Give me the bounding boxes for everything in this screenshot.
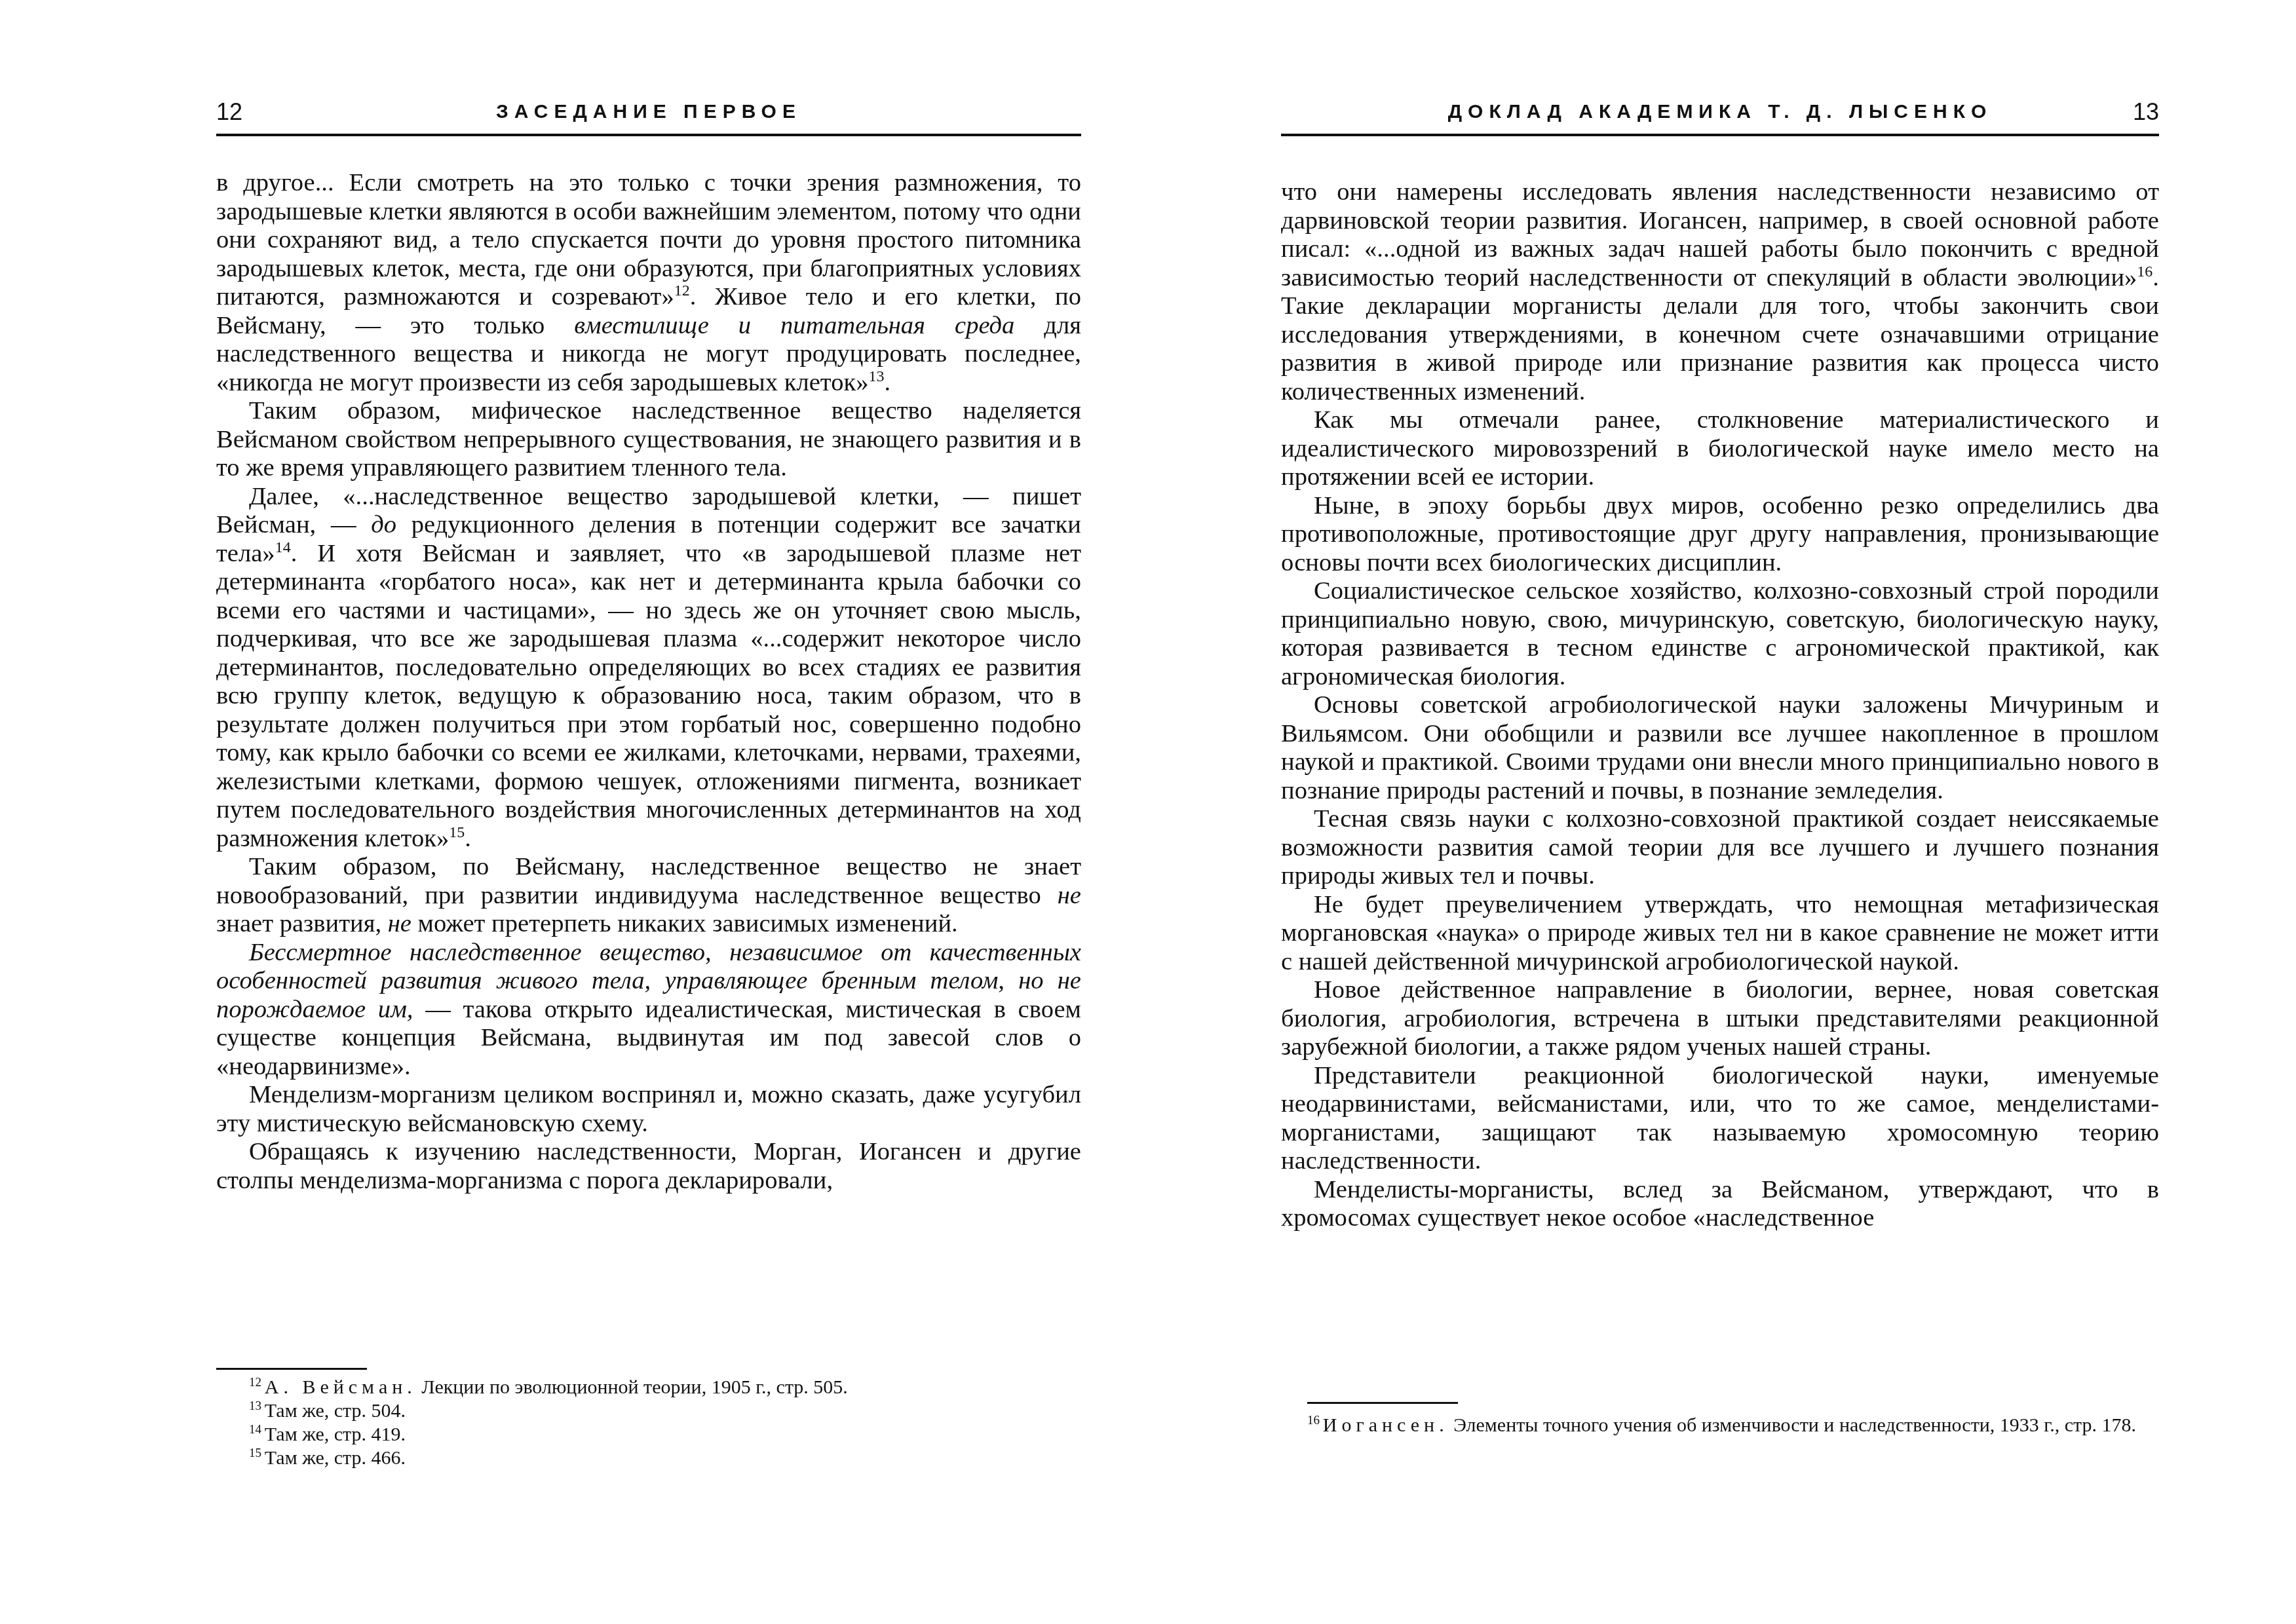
paragraph: Таким образом, по Вейсману, наследственн… [216, 853, 1081, 939]
header-rule [216, 134, 1081, 136]
paragraph: в другое... Если смотреть на это только … [216, 169, 1081, 397]
text: Не будет преувеличением утверждать, что … [1281, 891, 2159, 975]
footnotes: 16 Иогансен. Элементы точного учения об … [1281, 1414, 2159, 1437]
running-head-title: ДОКЛАД АКАДЕМИКА Т. Д. ЛЫСЕНКО [1281, 101, 2159, 123]
text: Менделизм-морганизм целиком воспринял и,… [216, 1081, 1081, 1137]
text: что они намерены исследовать явления нас… [1281, 178, 2159, 292]
footnote: 16 Иогансен. Элементы точного учения об … [1281, 1414, 2159, 1437]
paragraph: Менделисты-морганисты, вслед за Вейсмано… [1281, 1176, 2159, 1233]
text: Таким образом, мифическое наследственное… [216, 397, 1081, 482]
text: Обращаясь к изучению наследственности, М… [216, 1138, 1081, 1194]
text: Тесная связь науки с колхозно-совхозной … [1281, 805, 2159, 890]
footnote: 14 Там же, стр. 419. [249, 1423, 848, 1446]
paragraph: что они намерены исследовать явления нас… [1281, 178, 2159, 406]
paragraph: Таким образом, мифическое наследственное… [216, 397, 1081, 483]
paragraph: Основы советской агробиологической науки… [1281, 691, 2159, 805]
paragraph: Далее, «...наследственное вещество зарод… [216, 483, 1081, 854]
paragraph: Новое действенное направление в биологии… [1281, 976, 2159, 1062]
text: Представители реакционной биологической … [1281, 1062, 2159, 1175]
paragraph: Тесная связь науки с колхозно-совхозной … [1281, 805, 2159, 891]
footnote-ref: 14 [275, 539, 291, 556]
paragraph: Обращаясь к изучению наследственности, М… [216, 1138, 1081, 1195]
text: Как мы отмечали ранее, столкновение мате… [1281, 406, 2159, 491]
paragraph: Ныне, в эпоху борьбы двух миров, особенн… [1281, 492, 2159, 578]
running-head: 12 ЗАСЕДАНИЕ ПЕРВОЕ [216, 98, 1081, 131]
page-number: 13 [2133, 98, 2159, 126]
text: . И хотя Вейсман и заявляет, что «в заро… [216, 540, 1081, 852]
paragraph: Представители реакционной биологической … [1281, 1062, 2159, 1176]
running-head-title: ЗАСЕДАНИЕ ПЕРВОЕ [216, 101, 1081, 123]
paragraph: Бессмертное наследственное вещество, нез… [216, 939, 1081, 1082]
text: Основы советской агробиологической науки… [1281, 691, 2159, 804]
paragraph: Как мы отмечали ранее, столкновение мате… [1281, 406, 2159, 492]
running-head: ДОКЛАД АКАДЕМИКА Т. Д. ЛЫСЕНКО 13 [1281, 98, 2159, 131]
footnote: 13 Там же, стр. 504. [249, 1399, 848, 1423]
text: Социалистическое сельское хозяйство, кол… [1281, 577, 2159, 690]
text: Ныне, в эпоху борьбы двух миров, особенн… [1281, 492, 2159, 576]
paragraph: Социалистическое сельское хозяйство, кол… [1281, 577, 2159, 691]
footnote-rule [216, 1368, 367, 1370]
right-page: ДОКЛАД АКАДЕМИКА Т. Д. ЛЫСЕНКО 13 что он… [1281, 0, 2159, 1624]
text: . [465, 825, 471, 852]
footnote-ref: 13 [869, 368, 885, 385]
emphasis: не [1058, 882, 1081, 909]
emphasis: вместилище и питательная среда [574, 312, 1014, 339]
body-text: в другое... Если смотреть на это только … [216, 169, 1081, 1195]
emphasis: до [371, 511, 396, 538]
text: . [885, 369, 891, 396]
left-page: 12 ЗАСЕДАНИЕ ПЕРВОЕ в другое... Если смо… [216, 0, 1081, 1624]
text: Новое действенное направление в биологии… [1281, 976, 2159, 1061]
text: может претерпеть никаких зависимых измен… [411, 910, 958, 937]
footnote-ref: 12 [674, 282, 690, 299]
paragraph: Менделизм-морганизм целиком воспринял и,… [216, 1081, 1081, 1138]
footnote-rule [1307, 1402, 1458, 1404]
paragraph: Не будет преувеличением утверждать, что … [1281, 891, 2159, 977]
text: знает развития, [216, 910, 388, 937]
text: Менделисты-морганисты, вслед за Вейсмано… [1281, 1176, 2159, 1232]
footnote-ref: 15 [449, 824, 465, 841]
footnote-ref: 16 [2137, 263, 2152, 280]
header-rule [1281, 134, 2159, 136]
footnotes: 12 А. Вейсман. Лекции по эволюционной те… [249, 1376, 848, 1470]
footnote: 12 А. Вейсман. Лекции по эволюционной те… [249, 1376, 848, 1399]
body-text: что они намерены исследовать явления нас… [1281, 178, 2159, 1233]
text: Таким образом, по Вейсману, наследственн… [216, 853, 1081, 909]
footnote: 15 Там же, стр. 466. [249, 1446, 848, 1470]
emphasis: не [388, 910, 411, 937]
